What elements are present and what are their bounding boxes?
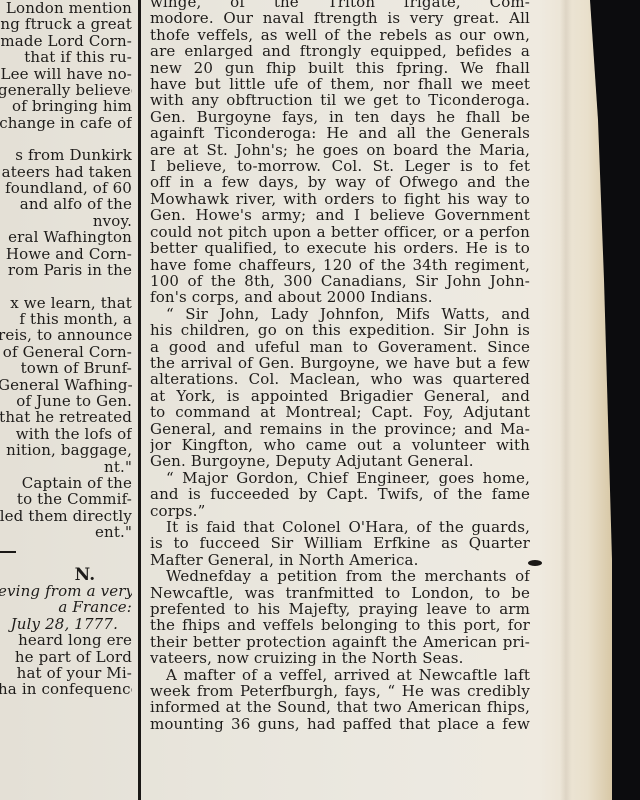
text-line: rom Paris in the bbox=[0, 262, 132, 278]
text-line: made Lord Corn- bbox=[0, 33, 132, 49]
text-line: with any obftruction til we get to Ticon… bbox=[150, 92, 530, 108]
left-block-italic-intro: eving from a verya France: bbox=[0, 583, 132, 616]
text-line: mounting 36 guns, had paffed that place … bbox=[150, 716, 530, 732]
left-block-1: London mentionng ftruck a greatmade Lord… bbox=[0, 0, 132, 131]
text-line: led them directly bbox=[0, 508, 132, 524]
text-line: of General Corn- bbox=[0, 344, 132, 360]
text-line: General, and remains in the province; an… bbox=[150, 421, 530, 437]
text-line: vateers, now cruizing in the North Seas. bbox=[150, 650, 530, 666]
text-line: ha in confequence bbox=[0, 681, 132, 697]
left-block-5: heard long erehe part of Lordhat of your… bbox=[0, 632, 132, 698]
text-line: Gen. Burgoyne, Deputy Adjutant General. bbox=[150, 453, 530, 469]
text-line: wlnge, of the Triton frigate, Com- bbox=[150, 0, 530, 10]
text-line: hat of your Mi- bbox=[0, 665, 132, 681]
text-line: have fome chaffeurs, 120 of the 34th reg… bbox=[150, 257, 530, 273]
text-line: Wednefday a petition from the merchants … bbox=[150, 568, 530, 584]
text-line: s from Dunkirk bbox=[0, 147, 132, 163]
text-line: week from Peterfburgh, fays, “ He was cr… bbox=[150, 683, 530, 699]
text-line: heard long ere bbox=[0, 632, 132, 648]
text-line: Gen. Burgoyne fays, in ten days he fhall… bbox=[150, 109, 530, 125]
text-line: and is fucceeded by Capt. Twifs, of the … bbox=[150, 486, 530, 502]
text-line: prefented to his Majefty, praying leave … bbox=[150, 601, 530, 617]
text-line: A mafter of a veffel, arrived at Newcaft… bbox=[150, 667, 530, 683]
section-divider-rule bbox=[0, 551, 16, 553]
text-line: have but little ufe of them, nor fhall w… bbox=[150, 76, 530, 92]
left-block-2: s from Dunkirkateers had takenfoundland,… bbox=[0, 147, 132, 278]
text-line: It is faid that Colonel O'Hara, of the g… bbox=[150, 519, 530, 535]
text-line: is to fucceed Sir William Erfkine as Qua… bbox=[150, 535, 530, 551]
text-line: Mowhawk river, with orders to fight his … bbox=[150, 191, 530, 207]
text-line: nition, baggage, bbox=[0, 442, 132, 458]
text-line: better qualified, to execute his orders.… bbox=[150, 240, 530, 256]
text-line: change in cafe of bbox=[0, 115, 132, 131]
text-line: to the Commif- bbox=[0, 491, 132, 507]
column-rule bbox=[138, 0, 141, 800]
text-line: ent." bbox=[0, 524, 132, 540]
text-line: “ Sir John, Lady Johnfon, Mifs Watts, an… bbox=[150, 306, 530, 322]
page-fold-shadow bbox=[560, 0, 572, 800]
right-column: wlnge, of the Triton frigate, Com-modore… bbox=[150, 0, 530, 732]
text-line: x we learn, that bbox=[0, 295, 132, 311]
text-line: could not pitch upon a better officer, o… bbox=[150, 224, 530, 240]
text-line: foundland, of 60 bbox=[0, 180, 132, 196]
text-line: and alfo of the bbox=[0, 196, 132, 212]
text-line: that if this ru- bbox=[0, 49, 132, 65]
text-line: eral Wafhington bbox=[0, 229, 132, 245]
text-line: Mafter General, in North America. bbox=[150, 552, 530, 568]
text-line: the fhips and veffels belonging to this … bbox=[150, 617, 530, 633]
text-line: General Wafhing- bbox=[0, 377, 132, 393]
text-line: are enlarged and ftrongly equipped, befi… bbox=[150, 43, 530, 59]
text-line: I believe, to-morrow. Col. St. Leger is … bbox=[150, 158, 530, 174]
paragraph-sir-john-johnson: “ Sir John, Lady Johnfon, Mifs Watts, an… bbox=[150, 306, 530, 470]
text-line: are at St. John's; he goes on board the … bbox=[150, 142, 530, 158]
text-line: againft Ticonderoga: He and all the Gene… bbox=[150, 125, 530, 141]
text-line: to command at Montreal; Capt. Foy, Adjut… bbox=[150, 404, 530, 420]
paragraph-newcastle-petition: Wednefday a petition from the merchants … bbox=[150, 568, 530, 666]
section-heading: N. bbox=[0, 567, 132, 583]
text-line: the arrival of Gen. Burgoyne, we have bu… bbox=[150, 355, 530, 371]
text-line: Captain of the bbox=[0, 475, 132, 491]
text-line: his children, go on this expedition. Sir… bbox=[150, 322, 530, 338]
text-line: Lee will have no- bbox=[0, 66, 132, 82]
text-line: he part of Lord bbox=[0, 649, 132, 665]
text-line: nt." bbox=[0, 459, 132, 475]
text-line: that he retreated bbox=[0, 409, 132, 425]
text-line: ng ftruck a great bbox=[0, 16, 132, 32]
text-line: reis, to announce bbox=[0, 327, 132, 343]
text-line: alterations. Col. Maclean, who was quart… bbox=[150, 371, 530, 387]
text-line: Newcaftle, was tranfmitted to London, to… bbox=[150, 585, 530, 601]
text-line: at York, is appointed Brigadier General,… bbox=[150, 388, 530, 404]
text-line: of June to Gen. bbox=[0, 393, 132, 409]
text-line: ateers had taken bbox=[0, 164, 132, 180]
text-line: with the lofs of bbox=[0, 426, 132, 442]
text-line: London mention bbox=[0, 0, 132, 16]
text-line: nvoy. bbox=[0, 213, 132, 229]
text-line: fon's corps, and about 2000 Indians. bbox=[150, 289, 530, 305]
text-line: thofe veffels, as well of the rebels as … bbox=[150, 27, 530, 43]
text-line: generally believed bbox=[0, 82, 132, 98]
left-block-3: x we learn, thatf this month, areis, to … bbox=[0, 295, 132, 541]
text-line: of bringing him bbox=[0, 98, 132, 114]
text-line: a good and ufeful man to Goverament. Sin… bbox=[150, 339, 530, 355]
text-line: jor Kingfton, who came out a volunteer w… bbox=[150, 437, 530, 453]
text-line: Gen. Howe's army; and I believe Governme… bbox=[150, 207, 530, 223]
text-line: town of Brunf- bbox=[0, 360, 132, 376]
text-line: f this month, a bbox=[0, 311, 132, 327]
text-line: off in a few days, by way of Ofwego and … bbox=[150, 174, 530, 190]
text-line: eving from a very bbox=[0, 583, 132, 599]
paragraph-colonel-ohara: It is faid that Colonel O'Hara, of the g… bbox=[150, 519, 530, 568]
newspaper-page: London mentionng ftruck a greatmade Lord… bbox=[0, 0, 612, 800]
text-line: a France: bbox=[0, 599, 132, 615]
text-line: informed at the Sound, that two American… bbox=[150, 699, 530, 715]
text-line: modore. Our naval ftrength is very great… bbox=[150, 10, 530, 26]
paragraph-petersburgh-report: A mafter of a veffel, arrived at Newcaft… bbox=[150, 667, 530, 733]
text-line: corps.” bbox=[150, 503, 530, 519]
text-line: 100 of the 8th, 300 Canadians, Sir John … bbox=[150, 273, 530, 289]
text-line: their better protection againft the Amer… bbox=[150, 634, 530, 650]
dateline: July 28, 1777. bbox=[0, 616, 132, 632]
paragraph-major-gordon: “ Major Gordon, Chief Engineer, goes hom… bbox=[150, 470, 530, 519]
text-line: “ Major Gordon, Chief Engineer, goes hom… bbox=[150, 470, 530, 486]
text-line: Howe and Corn- bbox=[0, 246, 132, 262]
ink-blot-mark bbox=[528, 560, 542, 566]
left-column: London mentionng ftruck a greatmade Lord… bbox=[0, 0, 132, 698]
paragraph-naval-strength: wlnge, of the Triton frigate, Com-modore… bbox=[150, 0, 530, 306]
text-line: new 20 gun fhip built this fpring. We fh… bbox=[150, 60, 530, 76]
